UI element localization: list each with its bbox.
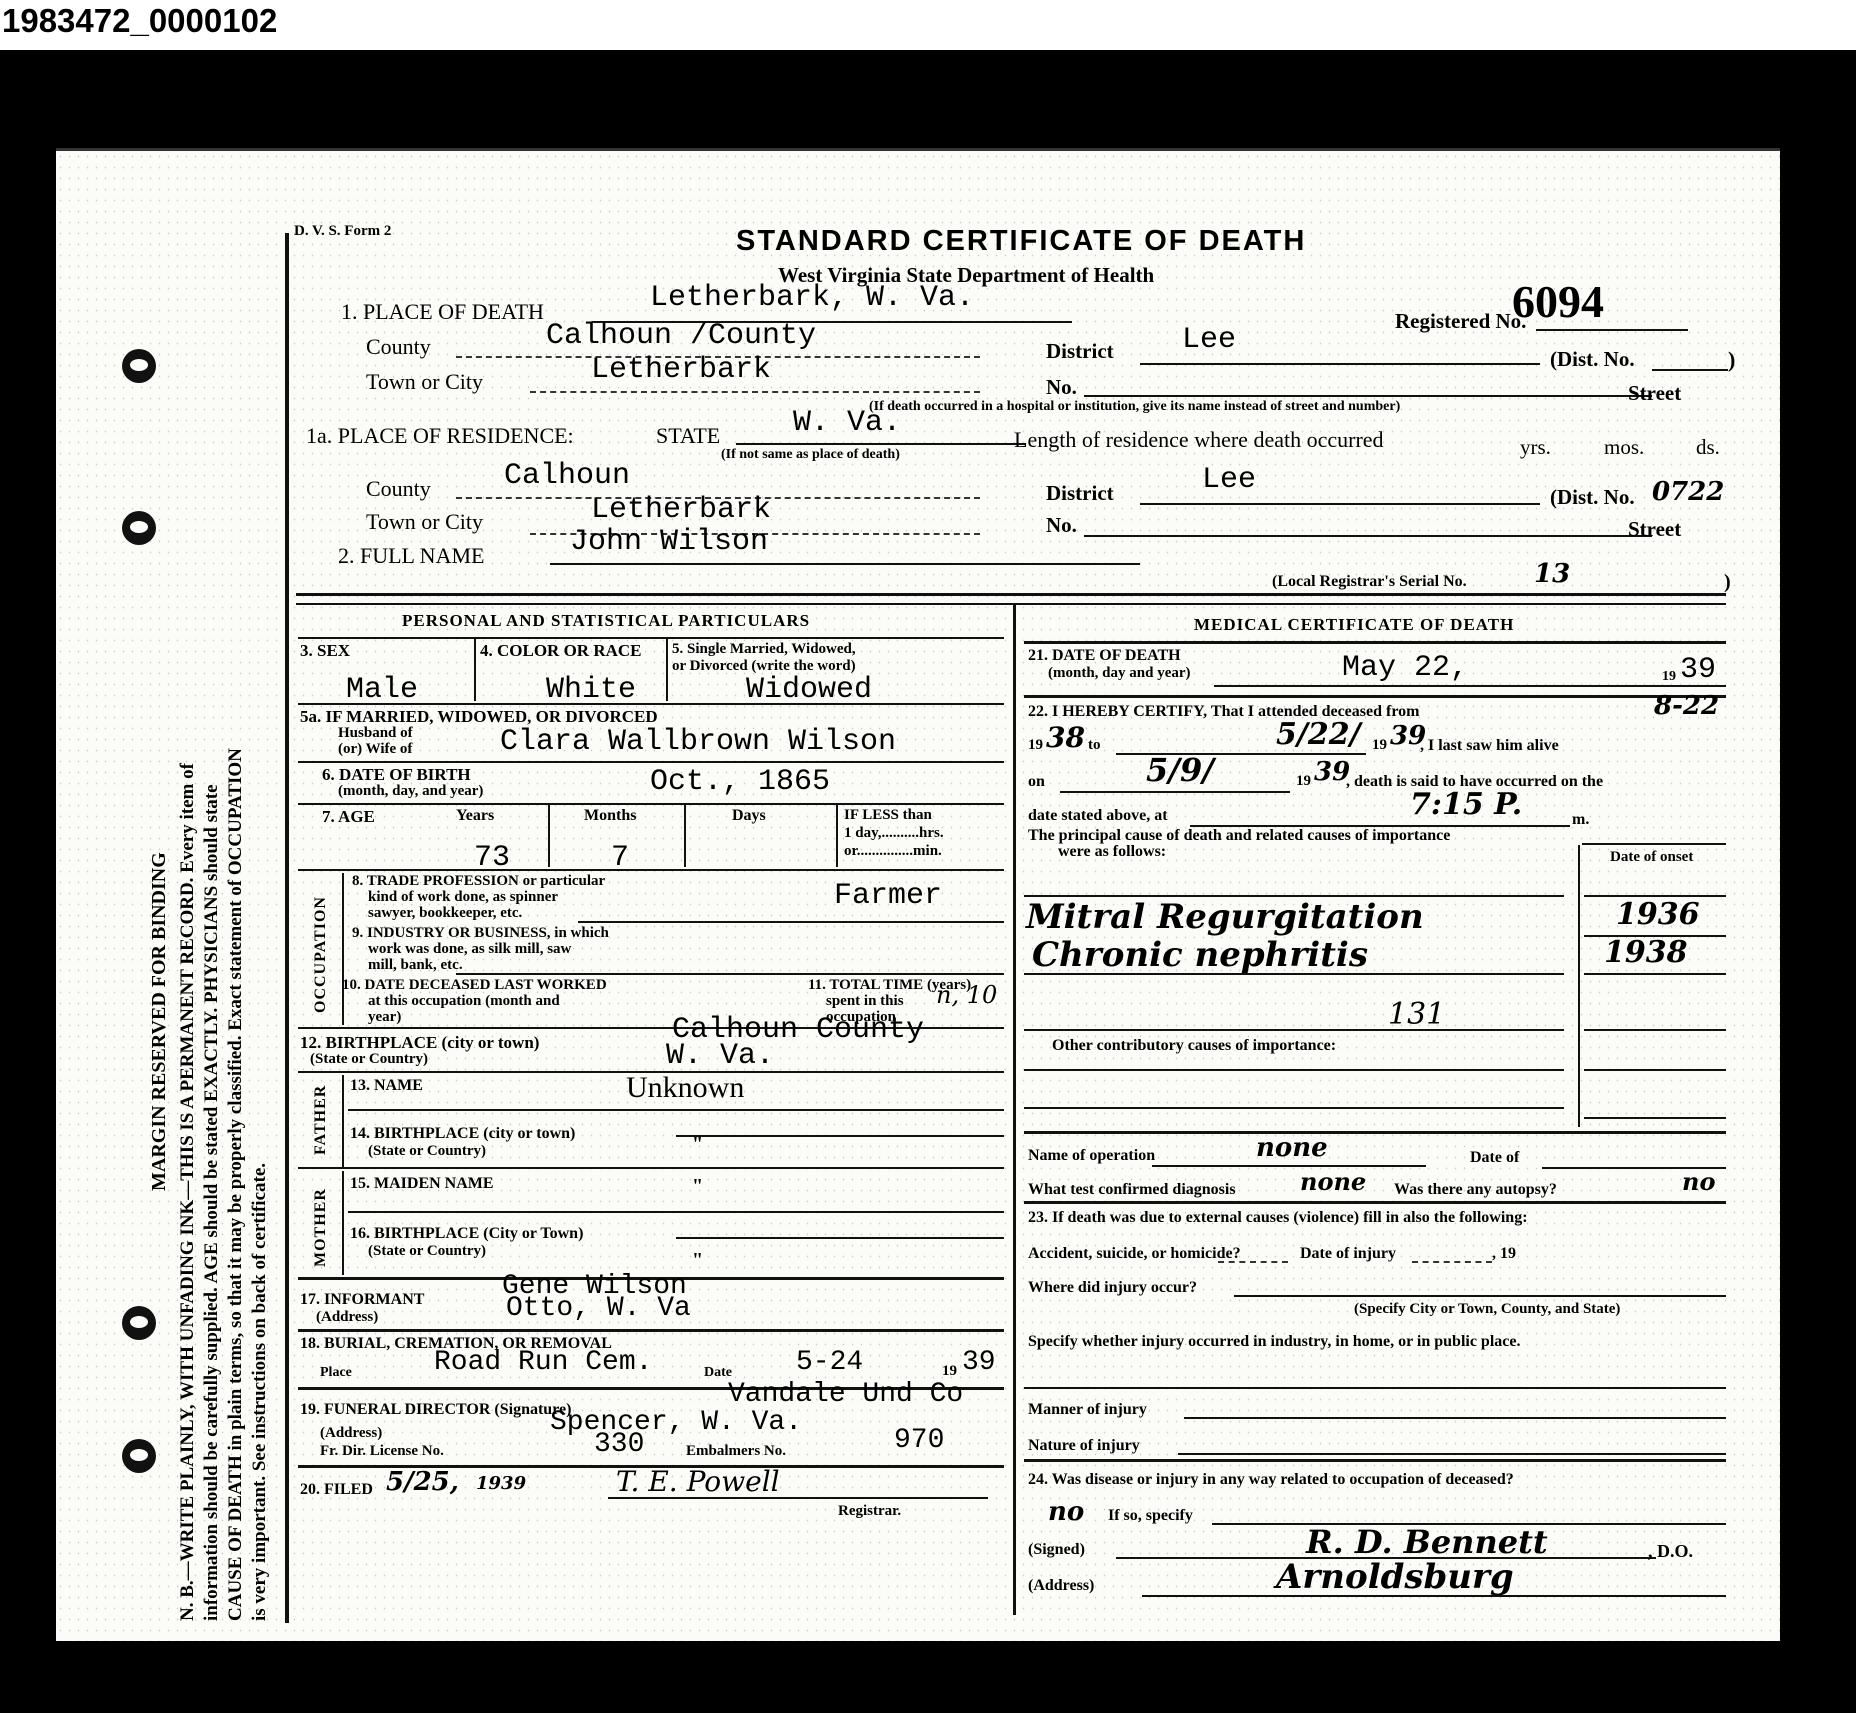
father-birthplace-label-2: (State or Country) [368,1143,486,1160]
rule [1084,535,1652,537]
divider [342,1171,344,1275]
rule [298,703,1004,705]
rule [298,761,1004,763]
form-title: STANDARD CERTIFICATE OF DEATH [736,225,1306,258]
registrar-signature: T. E. Powell [616,1465,780,1498]
mother-birthplace-label-1: 16. BIRTHPLACE (City or Town) [350,1225,583,1243]
margin-instruction-1: N. B.—WRITE PLAINLY, WITH UNFADING INK—T… [177,763,199,1621]
days-label: Days [732,807,766,825]
rule [578,921,1004,923]
burial-date-value: 5-24 [796,1347,863,1378]
where-injury-note: (Specify City or Town, County, and State… [1354,1301,1620,1318]
less-than-label-2: 1 day,..........hrs. [844,825,944,842]
birthplace-value-2: W. Va. [666,1039,774,1073]
years-label: Years [456,807,494,825]
divider [548,805,550,867]
rule [1178,1453,1726,1455]
filed-date-value: 5/25, [386,1467,459,1497]
cause-code: 131 [1388,997,1445,1032]
margin-title: MARGIN RESERVED FOR BINDING [148,852,171,1191]
funeral-director-label: 19. FUNERAL DIRECTOR (Signature) [300,1401,571,1419]
rule [296,603,1726,605]
registered-no: 6094 [1512,275,1604,328]
mother-maiden-label: 15. MAIDEN NAME [350,1175,494,1193]
burial-year-prefix: 19 [942,1363,957,1380]
margin-rule [285,233,289,1623]
rule [1024,1069,1564,1071]
father-birthplace-label-1: 14. BIRTHPLACE (city or town) [350,1125,575,1143]
rule [1582,843,1726,845]
signature-suffix: , D.O. [1648,1541,1693,1562]
test-value: none [1300,1167,1366,1196]
informant-address-label: (Address) [316,1309,378,1326]
full-name-label: 2. FULL NAME [338,543,484,569]
rule [1060,791,1290,793]
mother-maiden-value: " [692,1175,703,1198]
autopsy-label: Was there any autopsy? [1394,1181,1557,1199]
rule [608,1497,988,1499]
death-certificate: MARGIN RESERVED FOR BINDING N. B.—WRITE … [56,148,1780,1641]
last-saw-year-prefix: 19 [1296,773,1311,790]
divider [836,805,838,867]
length-residence-label: Length of residence where death occurred [1014,427,1384,453]
test-label: What test confirmed diagnosis [1028,1181,1236,1199]
rule [736,443,1026,445]
divider [342,1075,344,1167]
rule [298,1167,1004,1169]
rule [1584,1069,1726,1071]
rule [1024,973,1564,975]
race-label: 4. COLOR OR RACE [480,641,642,661]
injury-date-label: Date of injury [1300,1245,1396,1263]
rule [1218,1261,1288,1263]
trade-label-1: 8. TRADE PROFESSION or particular [352,873,605,890]
race-value: White [546,673,636,707]
residence-dist-no-label: (Dist. No. [1550,485,1635,510]
form-number: D. V. S. Form 2 [294,223,391,240]
license-label: Fr. Dir. License No. [320,1443,444,1460]
rule [1652,369,1728,371]
paren: ) [1728,347,1735,373]
months-label: Months [584,807,636,825]
death-district-label: District [1046,339,1114,364]
residence-town-value: Letherbark [591,493,771,527]
rule [298,803,1004,805]
margin-instruction-4: is very important. See instructions on b… [249,1163,271,1621]
spouse-sub-1: Husband of [338,725,413,742]
rule [296,593,1726,596]
rule [1584,973,1726,975]
place-of-death-label: 1. PLACE OF DEATH [341,299,544,325]
filed-year-value: 1939 [476,1473,526,1494]
specify-place-label: Specify whether injury occurred in indus… [1028,1333,1520,1351]
date-of-death-year: 39 [1680,653,1716,687]
where-injury-label: Where did injury occur? [1028,1279,1197,1297]
date-of-death-label: 21. DATE OF DEATH [1028,647,1181,665]
time-of-death-label: date stated above, at [1028,807,1168,825]
father-name-label: 13. NAME [350,1077,423,1095]
last-worked-label-1: 10. DATE DECEASED LAST WORKED [342,977,607,994]
dob-label: 6. DATE OF BIRTH [322,765,471,785]
informant-address-value: Otto, W. Va [506,1293,691,1324]
total-time-label-2: spent in this [826,993,904,1010]
divider [474,639,476,701]
residence-street-label: Street [1628,517,1681,542]
binding-hole-icon [122,511,156,545]
mother-side-label: MOTHER [312,1188,330,1267]
physician-address-value: Arnoldsburg [1276,1557,1514,1597]
injury-year-prefix: , 19 [1492,1245,1516,1263]
rule [1024,1131,1726,1134]
registrar-label: Registrar. [838,1503,901,1520]
margin-instruction-3: CAUSE OF DEATH in plain terms, so that i… [225,748,247,1621]
residence-county-label: County [366,476,431,502]
sex-label: 3. SEX [300,641,350,661]
industry-label-1: 9. INDUSTRY OR BUSINESS, in which [352,925,609,942]
rule [1024,1107,1564,1109]
last-worked-label-3: year) [368,1009,401,1026]
rule [1084,395,1652,397]
burial-year-value: 39 [962,1347,996,1378]
residence-state-label: STATE [656,423,720,449]
if-so-label: If so, specify [1108,1507,1193,1525]
onset-2: 1938 [1604,935,1688,970]
rule [1184,1417,1726,1419]
residence-no-label: No. [1046,513,1077,538]
rule [298,637,1004,639]
death-town-value: Letherbark [591,353,771,387]
rule [676,1237,1004,1239]
occupation-related-label: 24. Was disease or injury in any way rel… [1028,1471,1514,1489]
residence-label: 1a. PLACE OF RESIDENCE: [306,423,574,449]
on-label: on [1028,773,1045,791]
personal-heading: PERSONAL AND STATISTICAL PARTICULARS [402,611,810,631]
onset-label: Date of onset [1610,849,1693,866]
medical-heading: MEDICAL CERTIFICATE OF DEATH [1194,615,1514,635]
residence-county-value: Calhoun [504,459,630,493]
manner-injury-label: Manner of injury [1028,1401,1147,1419]
death-no-label: No. [1046,375,1077,400]
residence-dist-no-value: 0722 [1652,477,1724,507]
death-county-value: Calhoun /County [546,319,816,353]
death-year-prefix: 19 [1662,669,1676,685]
operation-value: none [1256,1133,1328,1163]
total-time-value: n, 10 [936,981,997,1009]
onset-1: 1936 [1616,897,1700,932]
rule [1536,329,1688,331]
ds-label: ds. [1696,435,1720,460]
rule [1152,1165,1426,1167]
industry-label-3: mill, bank, etc. [368,957,463,974]
death-district-value: Lee [1182,323,1236,357]
rule [1584,1117,1726,1119]
rule [1234,1295,1726,1297]
occupation-side-label: OCCUPATION [312,896,330,1013]
marital-label-1: 5. Single Married, Widowed, [672,641,856,658]
spouse-sub-2: (or) Wife of [338,741,412,758]
sex-value: Male [346,673,418,707]
filed-label: 20. FILED [300,1481,373,1499]
residence-district-label: District [1046,481,1114,506]
marital-value: Widowed [746,673,872,707]
rule [456,973,1004,975]
binding-hole-icon [122,1439,156,1473]
age-label: 7. AGE [322,807,375,827]
trade-label-3: sawyer, bookkeeper, etc. [368,905,522,922]
local-serial-label: (Local Registrar's Serial No. [1272,573,1467,591]
operation-date-label: Date of [1470,1149,1519,1167]
autopsy-value: no [1682,1167,1715,1196]
rule [1024,1029,1564,1031]
last-worked-label-2: at this occupation (month and [368,993,560,1010]
m-label: m. [1572,811,1589,829]
from-year-value: 38 [1046,721,1085,754]
rule [1024,1201,1726,1204]
industry-label-2: work was done, as silk mill, saw [368,941,571,958]
mos-label: mos. [1604,435,1644,460]
last-saw-label: , I last saw him alive [1420,737,1559,755]
cause-label-2: were as follows: [1058,843,1166,861]
margin-instruction-2: information should be carefully supplied… [201,784,223,1621]
other-causes-label: Other contributory causes of importance: [1052,1037,1336,1055]
attended-from-value: 8-22 [1654,691,1719,721]
less-than-label-3: or...............min. [844,843,942,860]
binding-hole-icon [122,349,156,383]
operation-label: Name of operation [1028,1147,1155,1165]
father-side-label: FATHER [312,1085,330,1155]
death-county-label: County [366,334,431,360]
burial-place-value: Road Run Cem. [434,1347,652,1378]
rule [550,563,1140,565]
rule [676,1135,1004,1137]
death-street-label: Street [1628,381,1681,406]
date-of-death-value: May 22, [1342,651,1468,685]
cause-of-death-2: Chronic nephritis [1032,935,1368,975]
trade-value: Farmer [834,879,942,913]
mother-birthplace-value: " [692,1249,703,1272]
trade-label-2: kind of work done, as spinner [368,889,558,906]
signed-label: (Signed) [1028,1541,1085,1559]
rule [348,1109,1004,1111]
rule [1142,1595,1726,1597]
embalmer-label: Embalmers No. [686,1443,786,1460]
divider [342,873,344,1025]
attended-to-value: 5/22/ [1276,717,1361,752]
funeral-director-address-value: Spencer, W. Va. [550,1407,802,1438]
residence-town-label: Town or City [366,509,483,535]
residence-state-note: (If not same as place of death) [721,447,900,463]
divider [1578,845,1580,1127]
license-value: 330 [594,1429,644,1460]
paren: ) [1724,571,1731,594]
to-year-prefix: 19 [1372,737,1387,754]
physician-signature: R. D. Bennett [1306,1523,1548,1561]
full-name-value: John Wilson [570,525,768,559]
column-divider [1013,605,1016,1615]
father-name-value: Unknown [626,1071,744,1105]
rule [1024,1387,1726,1389]
from-year-prefix: 19 [1028,737,1043,754]
hospital-note: (If death occurred in a hospital or inst… [869,399,1400,415]
embalmer-value: 970 [894,1425,944,1456]
nature-injury-label: Nature of injury [1028,1437,1140,1455]
rule [1584,1029,1726,1031]
cause-of-death-1: Mitral Regurgitation [1026,897,1424,937]
date-of-death-sub: (month, day and year) [1048,665,1191,682]
rule [298,869,1004,871]
local-serial-value: 13 [1534,559,1570,589]
registered-no-label: Registered No. [1395,309,1526,334]
rule [530,391,980,393]
spouse-value: Clara Wallbrown Wilson [500,725,896,759]
divider [684,805,686,867]
dob-value: Oct., 1865 [650,765,830,799]
yrs-label: yrs. [1520,435,1551,460]
informant-label: 17. INFORMANT [300,1291,424,1309]
rule [298,1329,1004,1332]
rule [1214,685,1726,687]
rule [1024,695,1726,698]
funeral-director-value: Vandale Und Co [728,1379,963,1410]
occupation-related-value: no [1048,1497,1084,1527]
spouse-label: 5a. IF MARRIED, WIDOWED, OR DIVORCED [300,707,658,727]
physician-address-label: (Address) [1028,1577,1094,1595]
funeral-director-address-label: (Address) [320,1425,382,1442]
less-than-label-1: IF LESS than [844,807,932,824]
rule [348,1211,1004,1213]
rule [1024,641,1726,644]
dob-sub: (month, day, and year) [338,783,483,800]
to-label: to [1088,737,1101,754]
place-of-death-value: Letherbark, W. Va. [650,281,974,315]
mother-birthplace-label-2: (State or Country) [368,1243,486,1260]
rule [1024,1459,1726,1462]
image-id: 1983472_0000102 [2,2,277,40]
last-saw-value: 5/9/ [1146,751,1214,789]
rule [1412,1261,1492,1263]
burial-place-label: Place [320,1365,352,1381]
residence-state-value: W. Va. [793,406,901,440]
last-saw-year-value: 39 [1314,757,1350,787]
external-causes-label: 23. If death was due to external causes … [1028,1209,1528,1227]
birthplace-label-1: 12. BIRTHPLACE (city or town) [300,1033,539,1053]
divider [666,639,668,701]
time-of-death-value: 7:15 P. [1410,787,1522,822]
death-town-label: Town or City [366,369,483,395]
image-header: 1983472_0000102 [0,0,1856,50]
binding-hole-icon [122,1306,156,1340]
birthplace-label-2: (State or Country) [310,1051,428,1068]
rule [1140,363,1540,365]
residence-district-value: Lee [1202,463,1256,497]
rule [1140,503,1540,505]
death-dist-no-label: (Dist. No. [1550,347,1635,372]
accident-label: Accident, suicide, or homicide? [1028,1245,1241,1263]
